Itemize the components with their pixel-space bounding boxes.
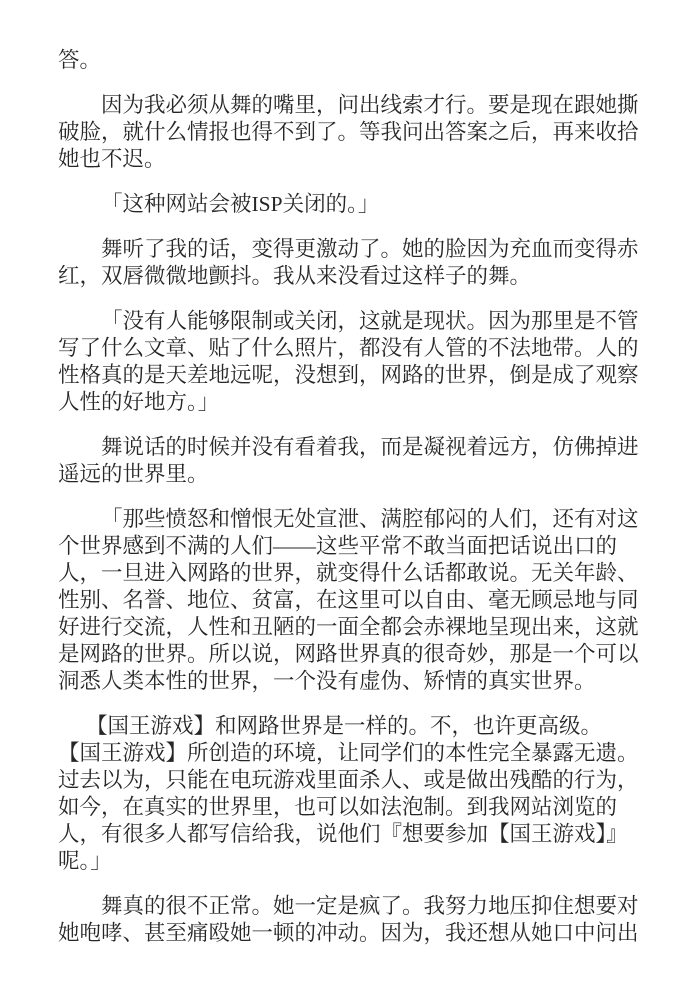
text-line: 舞说话的时候并没有看着我，而是凝视着远方，仿佛掉进 <box>58 434 644 461</box>
text-line: 【国王游戏】和网路世界是一样的。不，也许更高级。 <box>58 713 644 740</box>
text-line: 写了什么文章、贴了什么照片，都没有人管的不法地带。人的 <box>58 335 644 362</box>
document-body: 答。因为我必须从舞的嘴里，问出线索才行。要是现在跟她撕破脸，就什么情报也得不到了… <box>58 47 644 947</box>
paragraph: 因为我必须从舞的嘴里，问出线索才行。要是现在跟她撕破脸，就什么情报也得不到了。等… <box>58 92 644 173</box>
paragraph: 「那些愤怒和憎恨无处宣泄、满腔郁闷的人们，还有对这个世界感到不满的人们——这些平… <box>58 506 644 695</box>
text-line: 因为我必须从舞的嘴里，问出线索才行。要是现在跟她撕 <box>58 92 644 119</box>
text-line: 人，有很多人都写信给我，说他们『想要参加【国王游戏】』 <box>58 821 644 848</box>
text-line: 【国王游戏】所创造的环境，让同学们的本性完全暴露无遗。 <box>58 740 644 767</box>
text-line: 她也不迟。 <box>58 146 644 173</box>
text-line: 「这种网站会被ISP关闭的。」 <box>58 191 644 218</box>
paragraph: 「这种网站会被ISP关闭的。」 <box>58 191 644 218</box>
text-line: 如今，在真实的世界里，也可以如法泡制。到我网站浏览的 <box>58 794 644 821</box>
text-line: 「没有人能够限制或关闭，这就是现状。因为那里是不管 <box>58 308 644 335</box>
text-line: 好进行交流，人性和丑陋的一面全都会赤裸地呈现出来，这就 <box>58 614 644 641</box>
text-line: 过去以为，只能在电玩游戏里面杀人、或是做出残酷的行为， <box>58 767 644 794</box>
paragraph: 【国王游戏】和网路世界是一样的。不，也许更高级。【国王游戏】所创造的环境，让同学… <box>58 713 644 875</box>
text-line: 破脸，就什么情报也得不到了。等我问出答案之后，再来收拾 <box>58 119 644 146</box>
text-line: 遥远的世界里。 <box>58 461 644 488</box>
paragraph: 「没有人能够限制或关闭，这就是现状。因为那里是不管写了什么文章、贴了什么照片，都… <box>58 308 644 416</box>
paragraph: 舞说话的时候并没有看着我，而是凝视着远方，仿佛掉进遥远的世界里。 <box>58 434 644 488</box>
novel-page: 答。因为我必须从舞的嘴里，问出线索才行。要是现在跟她撕破脸，就什么情报也得不到了… <box>0 0 700 992</box>
text-line: 个世界感到不满的人们——这些平常不敢当面把话说出口的 <box>58 533 644 560</box>
text-line: 「那些愤怒和憎恨无处宣泄、满腔郁闷的人们，还有对这 <box>58 506 644 533</box>
text-line: 答。 <box>58 47 644 74</box>
paragraph: 舞真的很不正常。她一定是疯了。我努力地压抑住想要对她咆哮、甚至痛殴她一顿的冲动。… <box>58 893 644 947</box>
text-line: 她咆哮、甚至痛殴她一顿的冲动。因为，我还想从她口中问出 <box>58 920 644 947</box>
text-line: 舞听了我的话，变得更激动了。她的脸因为充血而变得赤 <box>58 236 644 263</box>
text-line: 人性的好地方。」 <box>58 389 644 416</box>
text-line: 洞悉人类本性的世界，一个没有虚伪、矫情的真实世界。 <box>58 668 644 695</box>
text-line: 舞真的很不正常。她一定是疯了。我努力地压抑住想要对 <box>58 893 644 920</box>
text-line: 是网路的世界。所以说，网路世界真的很奇妙，那是一个可以 <box>58 641 644 668</box>
paragraph: 舞听了我的话，变得更激动了。她的脸因为充血而变得赤红，双唇微微地颤抖。我从来没看… <box>58 236 644 290</box>
text-line: 性格真的是天差地远呢，没想到，网路的世界，倒是成了观察 <box>58 362 644 389</box>
text-line: 红，双唇微微地颤抖。我从来没看过这样子的舞。 <box>58 263 644 290</box>
text-line: 呢。」 <box>58 848 644 875</box>
text-line: 人，一旦进入网路的世界，就变得什么话都敢说。无关年龄、 <box>58 560 644 587</box>
paragraph: 答。 <box>58 47 644 74</box>
text-line: 性别、名誉、地位、贫富，在这里可以自由、毫无顾忌地与同 <box>58 587 644 614</box>
